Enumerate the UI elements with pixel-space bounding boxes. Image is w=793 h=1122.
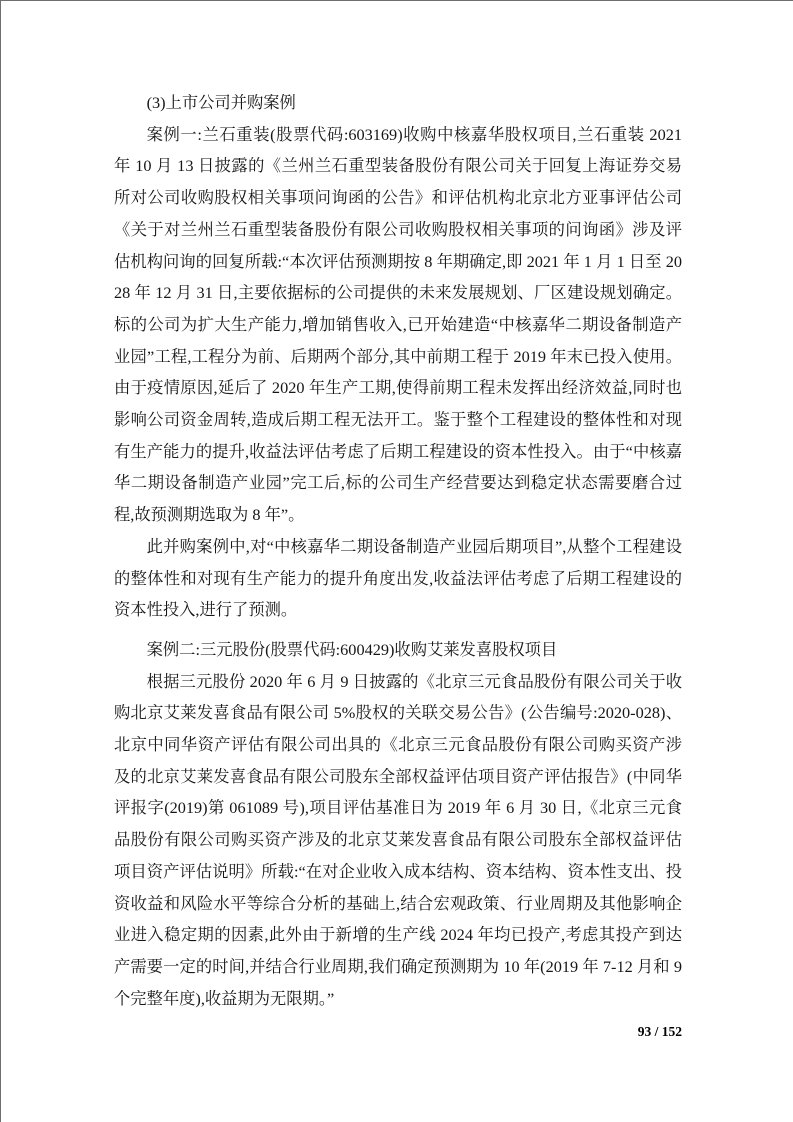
- document-body: (3)上市公司并购案例 案例一:兰石重装(股票代码:603169)收购中核嘉华股…: [114, 87, 682, 1014]
- body-paragraph: 此并购案例中,对“中核嘉华二期设备制造产业园后期项目”,从整个工程建设的整体性和…: [114, 531, 682, 626]
- page-number: 93 / 152: [114, 1023, 682, 1041]
- paragraph-container: 案例一:兰石重装(股票代码:603169)收购中核嘉华股权项目,兰石重装 202…: [114, 119, 682, 1015]
- body-paragraph: 案例二:三元股份(股票代码:600429)收购艾莱发喜股权项目: [114, 634, 682, 666]
- section-heading: (3)上市公司并购案例: [114, 87, 682, 119]
- body-paragraph: 根据三元股份 2020 年 6 月 9 日披露的《北京三元食品股份有限公司关于收…: [114, 666, 682, 1015]
- document-page: (3)上市公司并购案例 案例一:兰石重装(股票代码:603169)收购中核嘉华股…: [0, 0, 793, 1122]
- body-paragraph: 案例一:兰石重装(股票代码:603169)收购中核嘉华股权项目,兰石重装 202…: [114, 119, 682, 531]
